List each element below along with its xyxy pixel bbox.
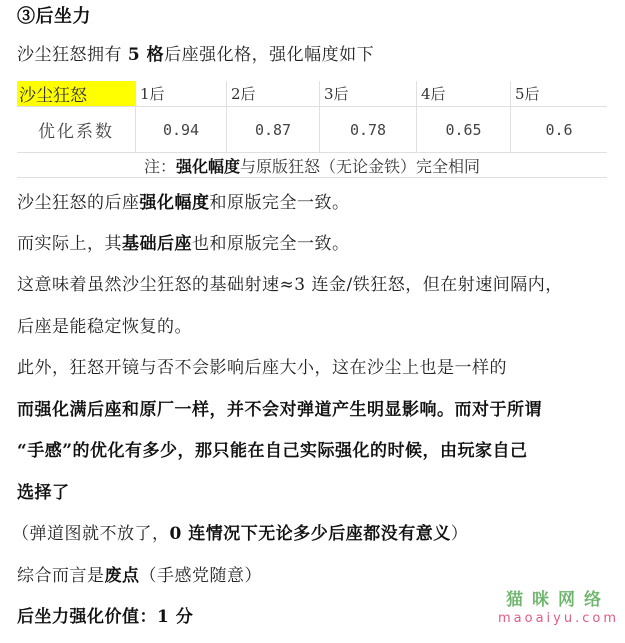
brand-cell: 沙尘狂怒: [17, 81, 136, 107]
note-suffix: 与原版狂怒（无论金铁）完全相同: [240, 157, 480, 176]
paragraph-7: 综合而言是废点（手感党随意）: [17, 565, 262, 587]
value-cell-1: 0.94: [136, 107, 227, 153]
note-bold: 强化幅度: [176, 157, 240, 176]
table-row: 优化系数 0.94 0.87 0.78 0.65 0.6: [17, 107, 607, 153]
paragraph-5-line-1: 而强化满后座和原厂一样，并不会对弹道产生明显影响。而对于所谓: [17, 399, 542, 421]
p1-bold: 强化幅度: [140, 193, 210, 213]
value-cell-3: 0.78: [320, 107, 417, 153]
watermark-en: maoaiyu.com: [498, 610, 618, 628]
header-cell-1: 1后: [136, 81, 227, 107]
p6-suffix: ）: [451, 524, 469, 544]
note-prefix: 注：: [144, 157, 176, 176]
section-heading: ③后坐力: [17, 6, 91, 28]
intro-paragraph: 沙尘狂怒拥有 5 格后座强化格，强化幅度如下: [17, 44, 374, 66]
header-cell-5: 5后: [511, 81, 608, 107]
p2-prefix: 而实际上，其: [17, 234, 122, 254]
table-note: 注：强化幅度与原版狂怒（无论金铁）完全相同: [17, 153, 607, 178]
recoil-table: 沙尘狂怒 1后 2后 3后 4后 5后 优化系数 0.94 0.87 0.78 …: [17, 81, 607, 178]
paragraph-6: （弹道图就不放了，0 连情况下无论多少后座都没有意义）: [12, 523, 468, 545]
table-header-row: 沙尘狂怒 1后 2后 3后 4后 5后: [17, 81, 607, 107]
recoil-value-label: 后坐力强化价值：: [17, 607, 157, 627]
p2-bold: 基础后座: [122, 234, 192, 254]
paragraph-5-line-3: 选择了: [17, 482, 70, 504]
p7-suffix: （手感党随意）: [140, 566, 263, 586]
recoil-value-line: 后坐力强化价值：1 分: [17, 606, 193, 628]
p6-prefix: （弹道图就不放了，: [12, 524, 170, 544]
paragraph-3-line-1: 这意味着虽然沙尘狂怒的基础射速≈3 连金/铁狂怒，但在射速间隔内，: [17, 274, 563, 296]
p1-prefix: 沙尘狂怒的后座: [17, 193, 140, 213]
p7-bold: 废点: [105, 566, 140, 586]
header-cell-2: 2后: [227, 81, 320, 107]
intro-prefix: 沙尘狂怒拥有: [17, 45, 128, 65]
paragraph-2: 而实际上，其基础后座也和原版完全一致。: [17, 233, 350, 255]
row-label: 优化系数: [17, 107, 136, 153]
watermark-cn: 猫咪网络: [498, 590, 618, 610]
p7-prefix: 综合而言是: [17, 566, 105, 586]
recoil-value-score: 1 分: [157, 607, 193, 627]
p2-suffix: 也和原版完全一致。: [192, 234, 350, 254]
header-cell-4: 4后: [417, 81, 511, 107]
watermark: 猫咪网络 maoaiyu.com: [498, 590, 618, 628]
p1-suffix: 和原版完全一致。: [210, 193, 350, 213]
header-cell-3: 3后: [320, 81, 417, 107]
table-note-row: 注：强化幅度与原版狂怒（无论金铁）完全相同: [17, 153, 607, 178]
paragraph-4: 此外，狂怒开镜与否不会影响后座大小，这在沙尘上也是一样的: [17, 357, 507, 379]
value-cell-2: 0.87: [227, 107, 320, 153]
intro-suffix: 后座强化格，强化幅度如下: [164, 45, 374, 65]
intro-bold: 5 格: [128, 45, 164, 65]
paragraph-3-line-2: 后座是能稳定恢复的。: [17, 316, 192, 338]
paragraph-1: 沙尘狂怒的后座强化幅度和原版完全一致。: [17, 192, 350, 214]
paragraph-5-line-2: “手感”的优化有多少，那只能在自己实际强化的时候，由玩家自己: [17, 440, 528, 462]
value-cell-5: 0.6: [511, 107, 608, 153]
p6-bold: 0 连情况下无论多少后座都没有意义: [170, 524, 451, 544]
value-cell-4: 0.65: [417, 107, 511, 153]
